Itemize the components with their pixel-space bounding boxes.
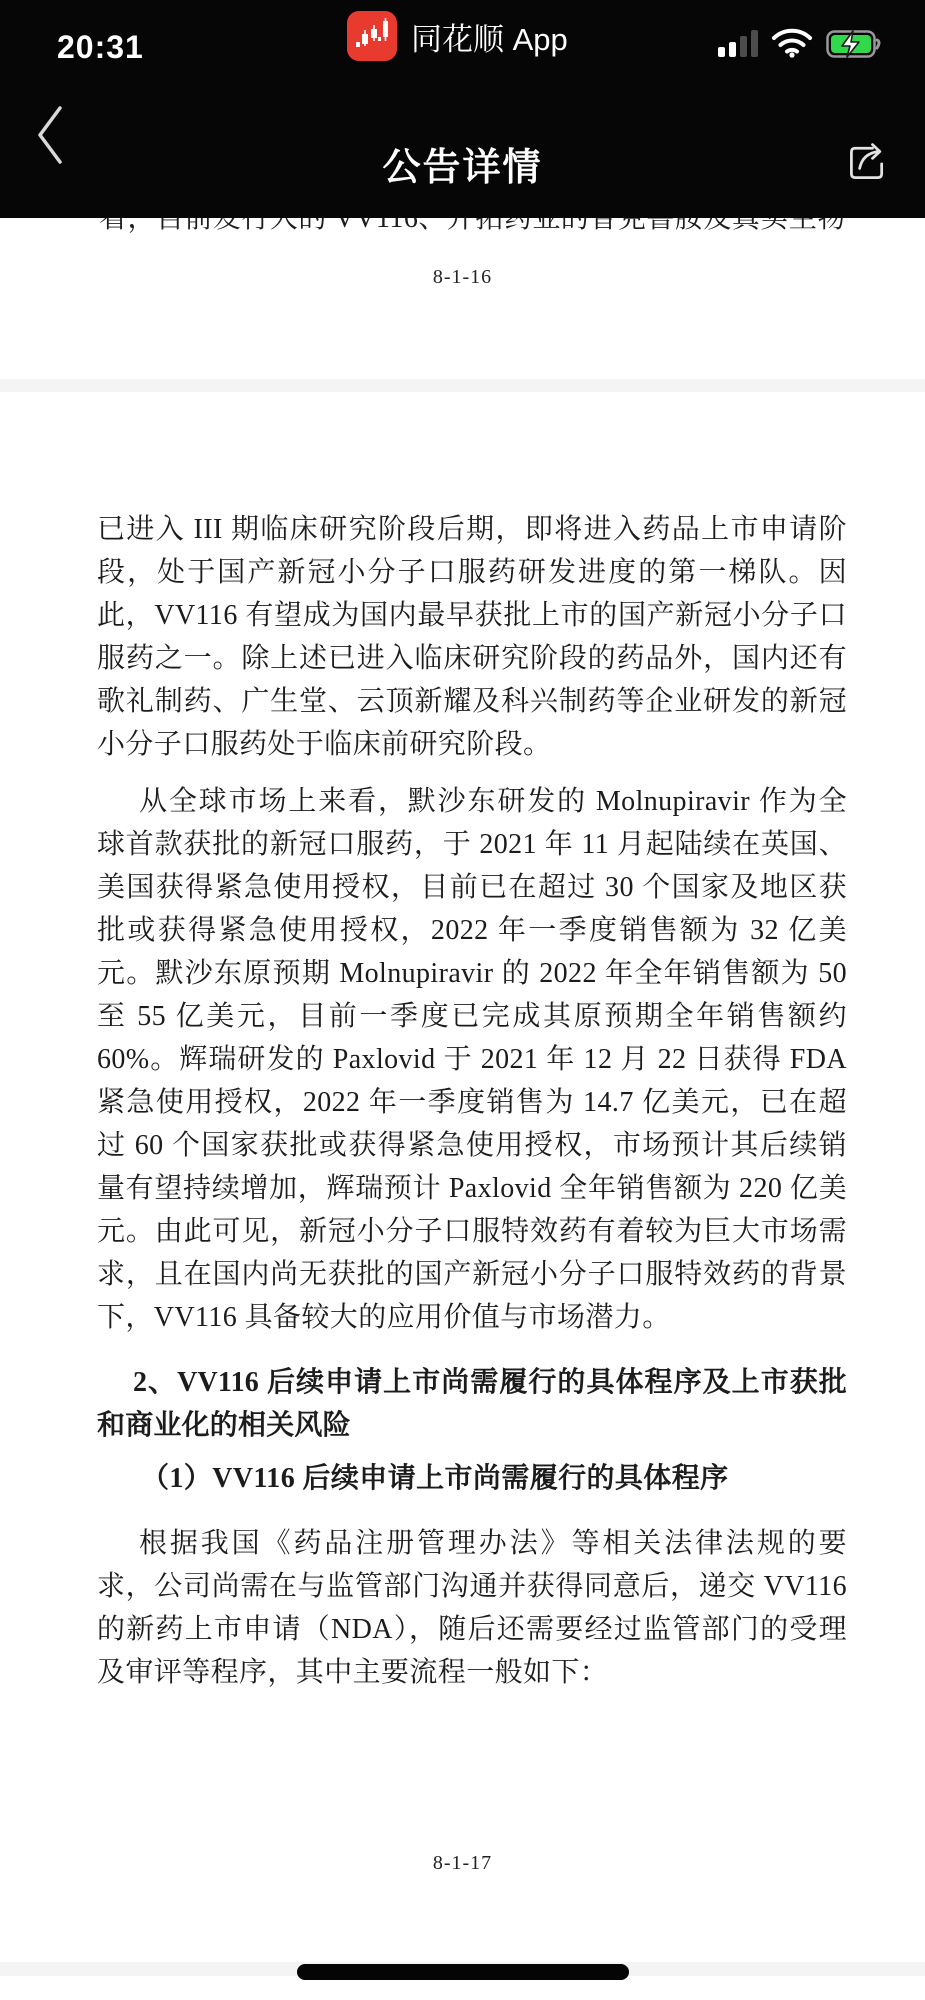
paragraph: 从全球市场上来看，默沙东研发的 Molnupiravir 作为全球首款获批的新冠… [97,780,847,1339]
share-icon [845,140,889,184]
app-banner[interactable]: 同花顺 App [347,10,568,62]
page16-footer: 8-1-16 [0,266,925,289]
paragraph: 已进入 III 期临床研究阶段后期，即将进入药品上市申请阶段，处于国产新冠小分子… [97,508,847,766]
announcement-document[interactable]: 看，目前发行人的 VV116、开拓药业的普克鲁胺及真实生物的阿兹夫定目前均 8-… [0,0,925,2000]
app-name-label: 同花顺 App [411,14,568,59]
page17-footer: 8-1-17 [0,1852,925,1875]
status-time: 20:31 [57,29,144,66]
page-title: 公告详情 [0,136,925,191]
share-button[interactable] [845,140,889,184]
header: 20:31 同花顺 App [0,0,925,218]
page17-body: 已进入 III 期临床研究阶段后期，即将进入药品上市申请阶段，处于国产新冠小分子… [97,508,847,1694]
status-icons [718,28,878,58]
candlestick-chart-icon [353,17,391,55]
cellular-signal-icon [718,29,758,57]
screen: 看，目前发行人的 VV116、开拓药业的普克鲁胺及真实生物的阿兹夫定目前均 8-… [0,0,925,2000]
page-separator [0,379,925,392]
battery-charging-icon [826,30,878,57]
home-indicator[interactable] [297,1964,629,1980]
section-heading: 2、VV116 后续申请上市尚需履行的具体程序及上市获批和商业化的相关风险 [97,1361,847,1447]
wifi-icon [772,28,812,58]
ths-app-icon [347,11,397,61]
paragraph: 根据我国《药品注册管理办法》等相关法律法规的要求，公司尚需在与监管部门沟通并获得… [97,1522,847,1694]
nav-bar: 公告详情 [0,96,925,196]
status-bar: 20:31 同花顺 App [0,22,925,74]
subsection-heading: （1）VV116 后续申请上市尚需履行的具体程序 [97,1457,847,1500]
